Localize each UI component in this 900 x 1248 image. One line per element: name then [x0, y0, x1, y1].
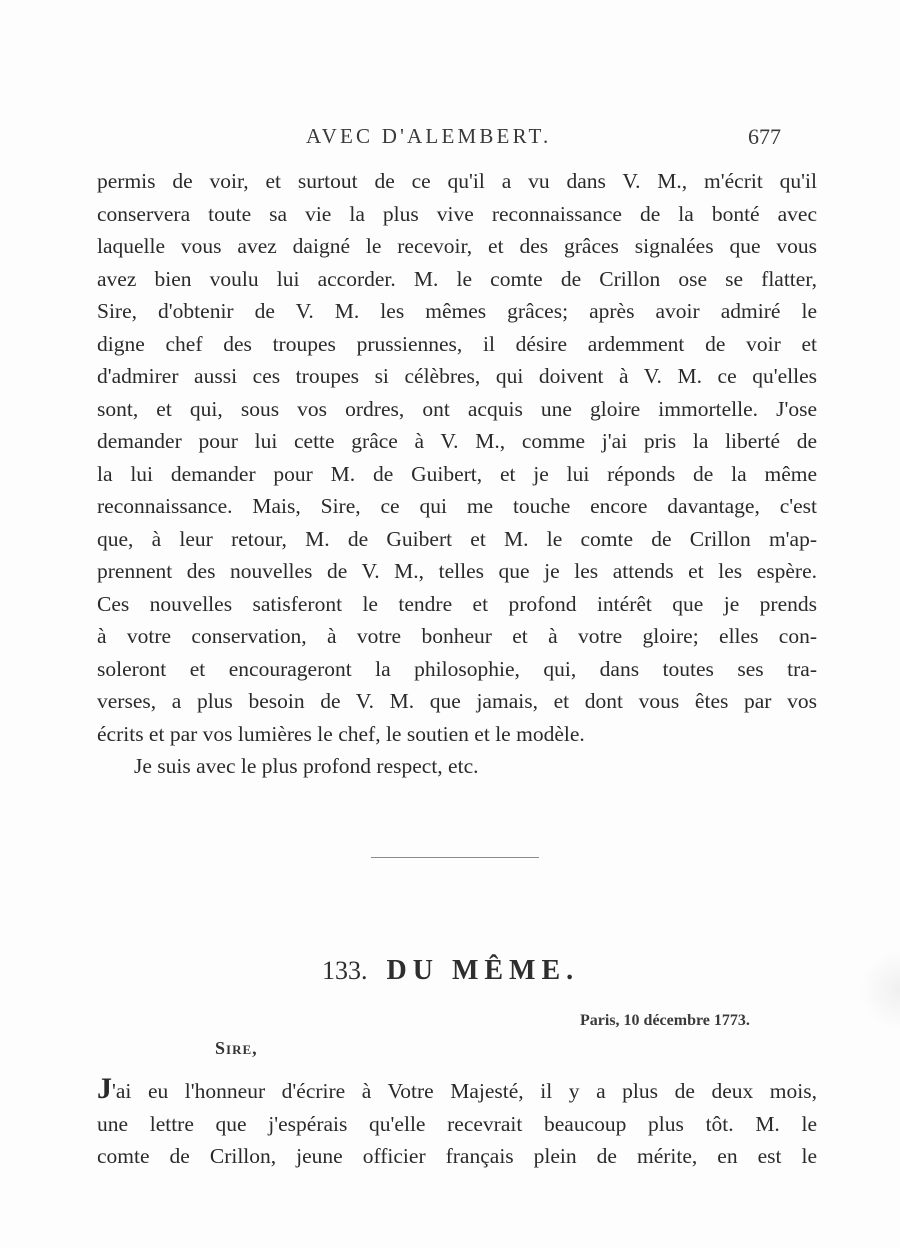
- text-line: une lettre que j'espérais qu'elle recevr…: [97, 1108, 817, 1141]
- page-number: 677: [748, 124, 781, 150]
- text-line: comte de Crillon, jeune officier françai…: [97, 1140, 817, 1173]
- text-line: permis de voir, et surtout de ce qu'il a…: [97, 165, 817, 198]
- running-title: AVEC D'ALEMBERT.: [306, 124, 551, 149]
- text-line: Sire, d'obtenir de V. M. les mêmes grâce…: [97, 295, 817, 328]
- text-line: reconnaissance. Mais, Sire, ce qui me to…: [97, 490, 817, 523]
- running-header: AVEC D'ALEMBERT. 677: [0, 118, 900, 158]
- text-line-first: J'ai eu l'honneur d'écrire à Votre Majes…: [97, 1075, 817, 1108]
- text-line: laquelle vous avez daigné le recevoir, e…: [97, 230, 817, 263]
- dateline: Paris, 10 décembre 1773.: [580, 1012, 750, 1030]
- letter-number: 133.: [322, 956, 368, 985]
- closing-line: Je suis avec le plus profond respect, et…: [97, 750, 817, 783]
- letter-title: DU MÊME.: [387, 955, 580, 986]
- text-line: soleront et encourageront la philosophie…: [97, 653, 817, 686]
- text-line: écrits et par vos lumières le chef, le s…: [97, 718, 817, 751]
- letter-133-body: J'ai eu l'honneur d'écrire à Votre Majes…: [97, 1075, 817, 1173]
- text-line: prennent des nouvelles de V. M., telles …: [97, 555, 817, 588]
- text-line: à votre conservation, à votre bonheur et…: [97, 620, 817, 653]
- text-line: 'ai eu l'honneur d'écrire à Votre Majest…: [112, 1079, 817, 1103]
- letter-132-continued: permis de voir, et surtout de ce qu'il a…: [97, 165, 817, 783]
- text-line: la lui demander pour M. de Guibert, et j…: [97, 458, 817, 491]
- text-line: d'admirer aussi ces troupes si célèbres,…: [97, 360, 817, 393]
- text-line: digne chef des troupes prussiennes, il d…: [97, 328, 817, 361]
- text-line: avez bien voulu lui accorder. M. le comt…: [97, 263, 817, 296]
- text-line: que, à leur retour, M. de Guibert et M. …: [97, 523, 817, 556]
- text-line: conservera toute sa vie la plus vive rec…: [97, 198, 817, 231]
- drop-cap: J: [97, 1072, 112, 1105]
- text-line: sont, et qui, sous vos ordres, ont acqui…: [97, 393, 817, 426]
- text-line: demander pour lui cette grâce à V. M., c…: [97, 425, 817, 458]
- text-line: Ces nouvelles satisferont le tendre et p…: [97, 588, 817, 621]
- paper-stain: [860, 950, 900, 1030]
- text-line: verses, a plus besoin de V. M. que jamai…: [97, 685, 817, 718]
- letter-heading: 133. DU MÊME.: [322, 955, 579, 987]
- section-divider: [371, 857, 539, 858]
- salutation: Sire,: [215, 1038, 258, 1059]
